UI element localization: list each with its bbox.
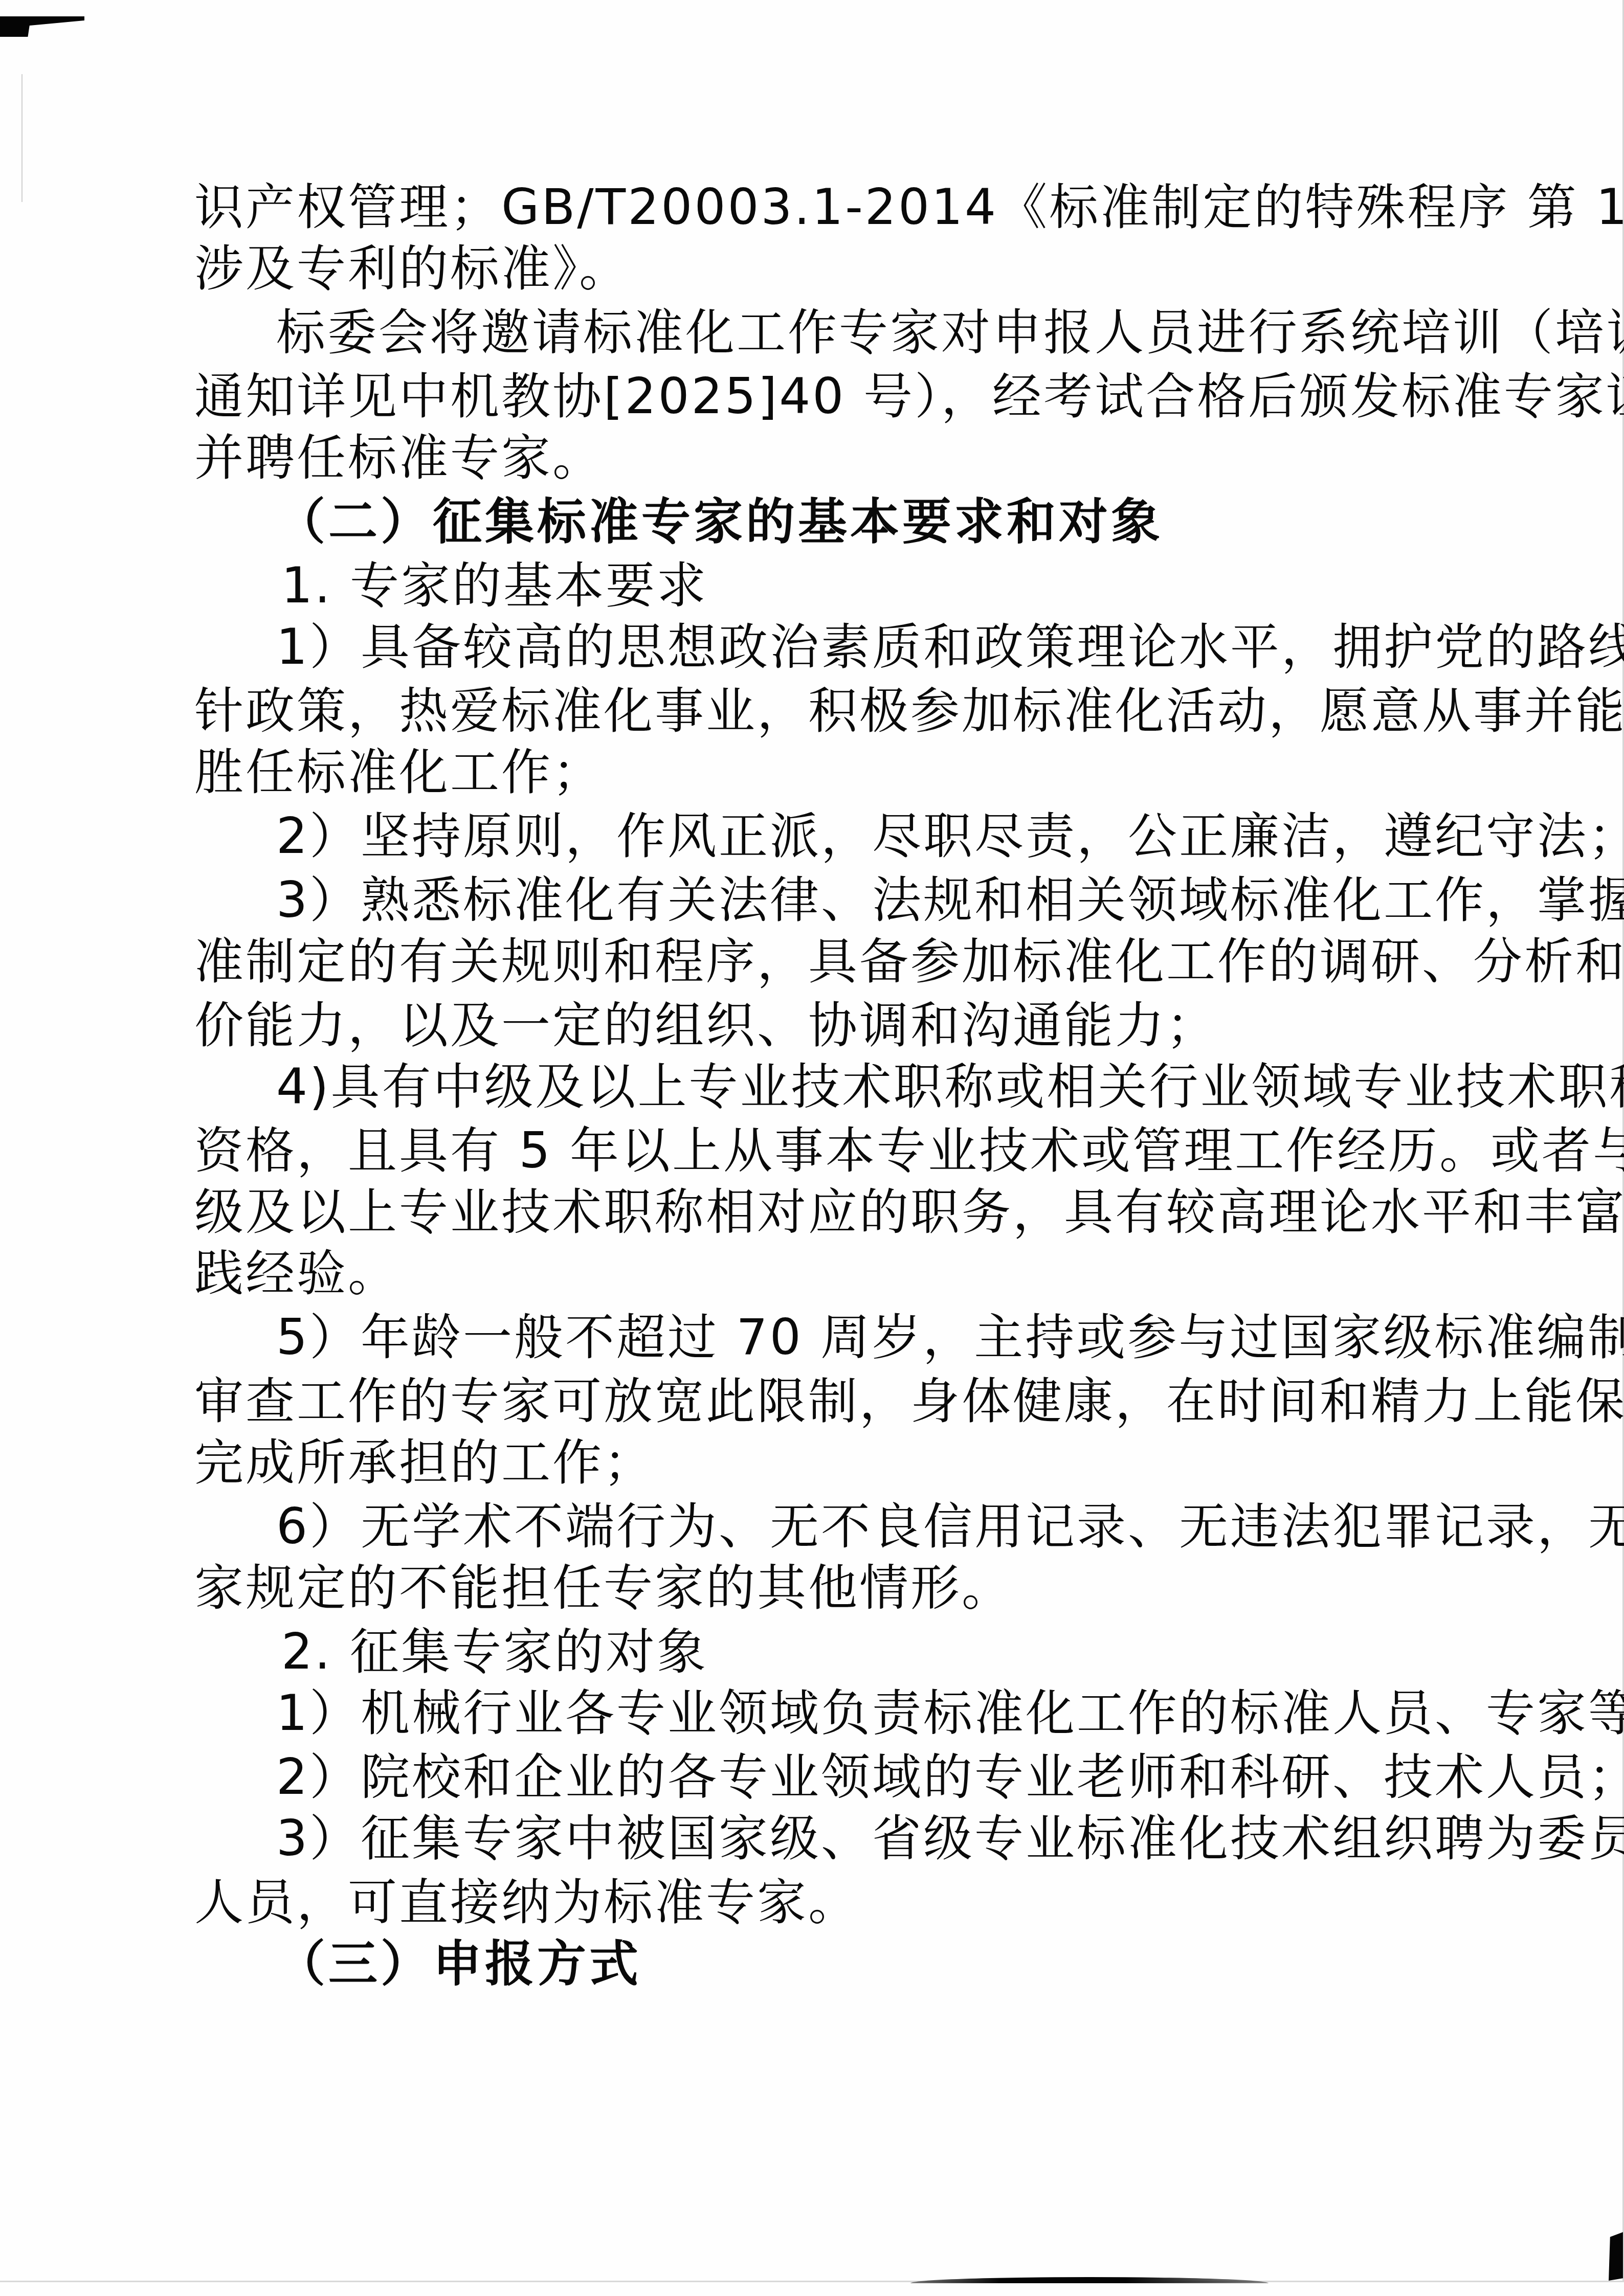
body-text-line: 并聘任标准专家。 [194, 426, 1473, 489]
body-text-line: 资格，且具有 5 年以上从事本专业技术或管理工作经历。或者与中 [194, 1119, 1473, 1182]
requirement-item-1: 1）具备较高的思想政治素质和政策理论水平，拥护党的路线方 [276, 615, 1555, 679]
body-text-line: 家规定的不能担任专家的其他情形。 [194, 1556, 1473, 1619]
scanned-document-page: 识产权管理；GB/T20003.1-2014《标准制定的特殊程序 第 1 部分：… [0, 0, 1624, 2296]
section-heading-2: （二）征集标准专家的基本要求和对象 [276, 490, 1555, 553]
body-text-line: 识产权管理；GB/T20003.1-2014《标准制定的特殊程序 第 1 部分： [194, 175, 1473, 239]
requirement-item-6: 6）无学术不端行为、无不良信用记录、无违法犯罪记录，无国 [276, 1495, 1555, 1558]
scan-edge-line-bottom [0, 2281, 1624, 2282]
scan-edge-line-left [21, 74, 23, 202]
body-text-line: 人员，可直接纳为标准专家。 [194, 1871, 1473, 1934]
body-text-line: 胜任标准化工作； [194, 740, 1473, 804]
target-item-2: 2）院校和企业的各专业领域的专业老师和科研、技术人员； [276, 1745, 1555, 1809]
scan-corner-artifact-bottom-right [1609, 2232, 1623, 2281]
body-text-line: 级及以上专业技术职称相对应的职务，具有较高理论水平和丰富实 [194, 1180, 1473, 1244]
body-text-line: 价能力，以及一定的组织、协调和沟通能力； [194, 994, 1473, 1057]
body-text-line: 涉及专利的标准》。 [194, 237, 1473, 300]
requirement-item-2: 2）坚持原则，作风正派，尽职尽责，公正廉洁，遵纪守法； [276, 804, 1555, 868]
body-text-line: 通知详见中机教协[2025]40 号），经考试合格后颁发标准专家证书， [194, 365, 1473, 428]
subsection-heading-basic-requirements: 1. 专家的基本要求 [281, 554, 1560, 617]
body-text-line: 践经验。 [194, 1242, 1473, 1305]
target-item-1: 1）机械行业各专业领域负责标准化工作的标准人员、专家等； [276, 1681, 1555, 1745]
requirement-item-5: 5）年龄一般不超过 70 周岁，主持或参与过国家级标准编制或 [276, 1305, 1555, 1369]
section-heading-3: （三）申报方式 [276, 1932, 1555, 1995]
scan-smudge-artifact-bottom [910, 2277, 1269, 2283]
target-item-3: 3）征集专家中被国家级、省级专业标准化技术组织聘为委员的 [276, 1807, 1555, 1870]
subsection-heading-target-experts: 2. 征集专家的对象 [281, 1620, 1560, 1683]
body-text-line: 完成所承担的工作； [194, 1431, 1473, 1494]
body-text-line: 审查工作的专家可放宽此限制，身体健康，在时间和精力上能保证 [194, 1369, 1473, 1433]
paragraph-training-line: 标委会将邀请标准化工作专家对申报人员进行系统培训（培训 [276, 301, 1555, 364]
requirement-item-3: 3）熟悉标准化有关法律、法规和相关领域标准化工作，掌握标 [276, 868, 1555, 932]
requirement-item-4: 4)具有中级及以上专业技术职称或相关行业领域专业技术职称 [276, 1055, 1555, 1118]
body-text-line: 针政策，热爱标准化事业，积极参加标准化活动，愿意从事并能够 [194, 679, 1473, 742]
body-text-line: 准制定的有关规则和程序，具备参加标准化工作的调研、分析和评 [194, 930, 1473, 993]
scan-corner-artifact-top-left [0, 16, 84, 37]
